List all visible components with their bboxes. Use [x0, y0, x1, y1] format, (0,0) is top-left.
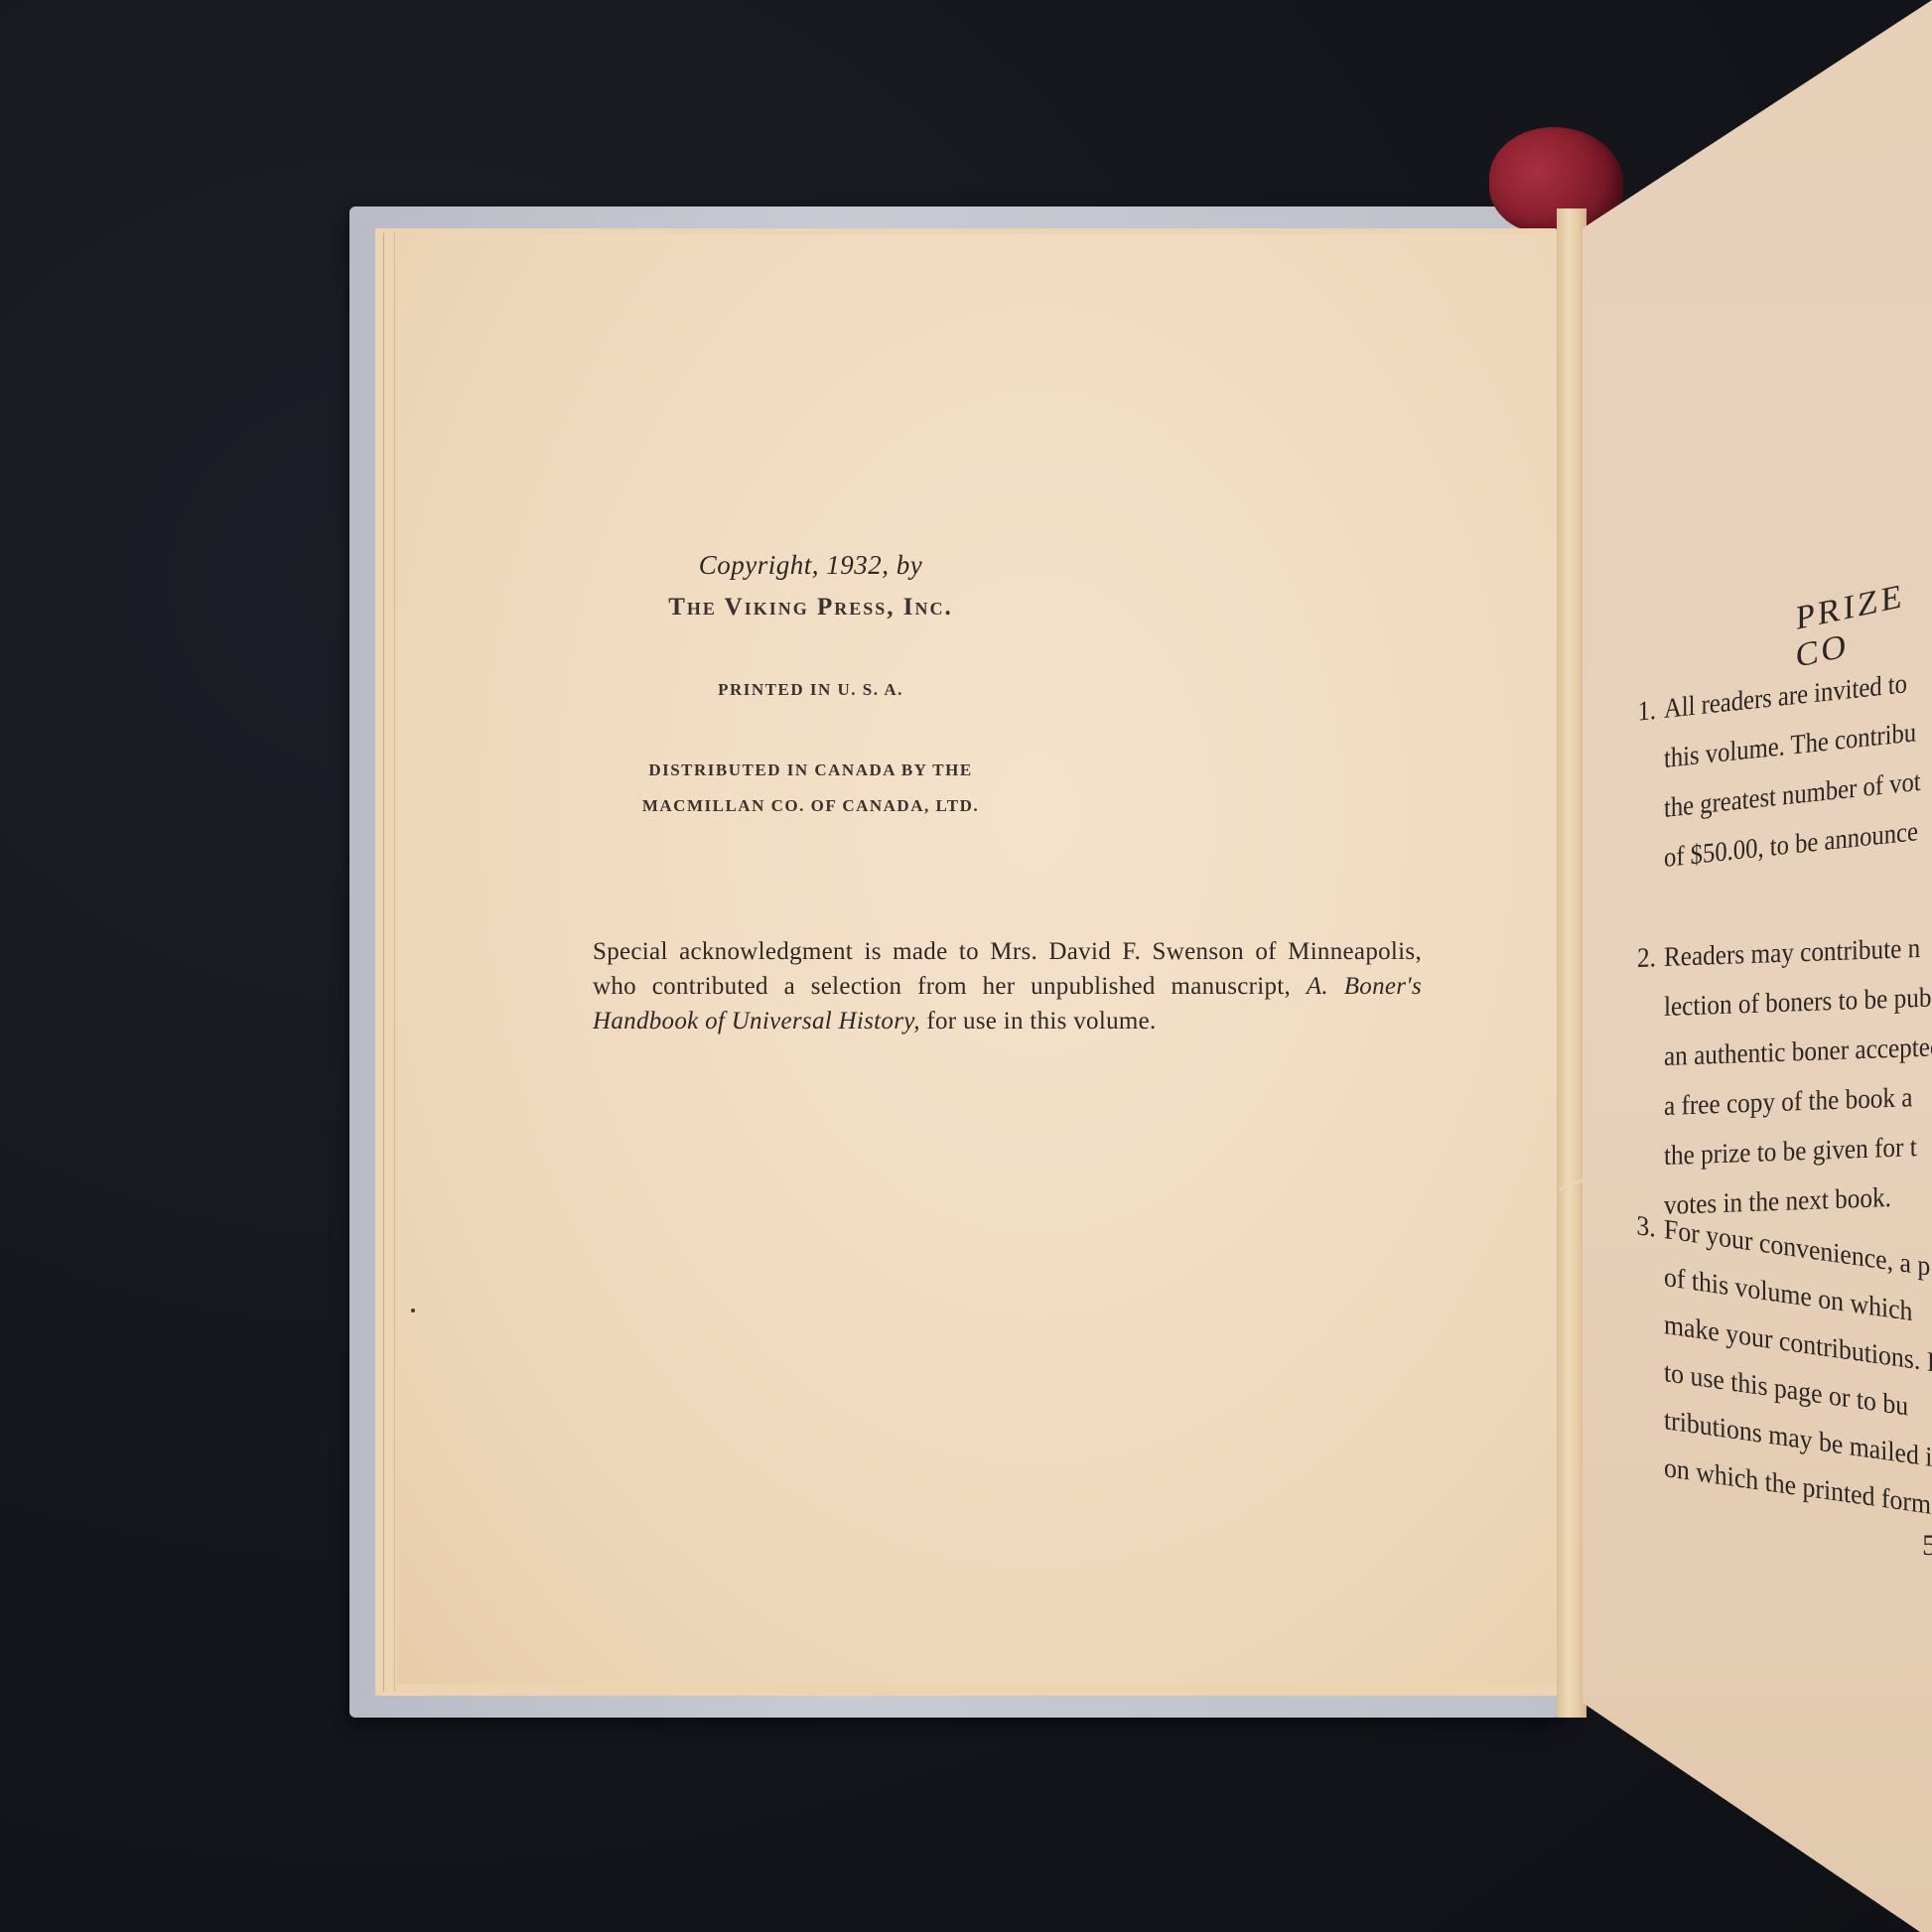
- distributed-line-2: MACMILLAN CO. OF CANADA, LTD.: [0, 796, 1621, 816]
- right-page: PRIZE CO 1. All readers are invited to t…: [1583, 0, 1932, 1932]
- copyright-line: Copyright, 1932, by: [0, 550, 1621, 581]
- acknowledgment-text-start: Special acknowledgment is made to Mrs. D…: [593, 938, 1422, 1000]
- acknowledgment-text-end: for use in this volume.: [920, 1008, 1157, 1035]
- rule-number: 2.: [1637, 933, 1656, 984]
- rule-number: 1.: [1638, 686, 1656, 738]
- book-gutter: [1557, 208, 1587, 1718]
- rule-number: 3.: [1636, 1202, 1655, 1253]
- rule-line: Readers may contribute n: [1664, 914, 1932, 983]
- acknowledgment-paragraph: Special acknowledgment is made to Mrs. D…: [593, 934, 1422, 1038]
- publisher-name: The Viking Press, Inc.: [0, 594, 1621, 621]
- contest-rule-3: 3. For your convenience, a p of this vol…: [1664, 1206, 1932, 1570]
- paper-speck: [411, 1309, 415, 1312]
- printed-in-line: PRINTED IN U. S. A.: [0, 680, 1621, 700]
- page-number: 5: [1922, 1529, 1932, 1563]
- contest-rule-2: 2. Readers may contribute n lection of b…: [1664, 914, 1932, 1231]
- distributed-line-1: DISTRIBUTED IN CANADA BY THE: [0, 760, 1621, 780]
- left-page: Copyright, 1932, by The Viking Press, In…: [397, 234, 1559, 1684]
